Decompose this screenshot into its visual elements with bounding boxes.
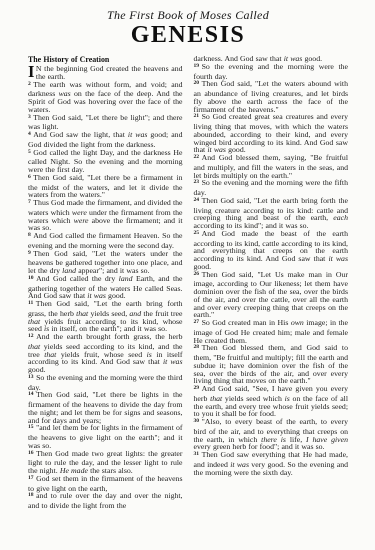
verse: 22And God blessed them, saying, "Be frui… bbox=[194, 154, 349, 179]
bible-page: The First Book of Moses Called GENESIS T… bbox=[0, 0, 375, 550]
verse-number: 20 bbox=[194, 80, 200, 86]
verse-number: 2 bbox=[28, 81, 31, 87]
verse: 11Then God said, "Let the earth bring fo… bbox=[28, 300, 183, 333]
book-series-title: The First Book of Moses Called bbox=[28, 9, 348, 22]
text-column-left: The History of CreationIN the beginning … bbox=[28, 55, 183, 510]
verse: 6Then God said, "Let there be a firmamen… bbox=[28, 174, 183, 199]
verse-number: 25 bbox=[194, 230, 200, 236]
verse-number: 30 bbox=[194, 418, 200, 424]
verse: 29And God said, "See, I have given you e… bbox=[194, 385, 349, 418]
verse: 30"Also, to every beast of the earth, to… bbox=[194, 418, 349, 451]
verse-number: 4 bbox=[28, 131, 31, 137]
verse: 8And God called the firmament Heaven. So… bbox=[28, 232, 183, 250]
book-title: GENESIS bbox=[28, 23, 348, 47]
verse-number: 18 bbox=[28, 492, 34, 498]
verse: 14Then God said, "Let there be lights in… bbox=[28, 391, 183, 424]
verse: 15"and let them be for lights in the fir… bbox=[28, 424, 183, 449]
verse-number: 3 bbox=[28, 114, 31, 120]
verse-number: 16 bbox=[28, 450, 34, 456]
verse: 18and to rule over the day and over the … bbox=[28, 492, 183, 510]
verse: 21So God created great sea creatures and… bbox=[194, 113, 349, 154]
verse-number: 22 bbox=[194, 154, 200, 160]
verse-number: 10 bbox=[28, 275, 34, 281]
verse: 31Then God saw everything that He had ma… bbox=[194, 451, 349, 476]
verse: 28Then God blessed them, and God said to… bbox=[194, 344, 349, 385]
verse: 10And God called the dry land Earth, and… bbox=[28, 275, 183, 300]
verse: 26Then God said, "Let Us make man in Our… bbox=[194, 271, 349, 320]
verse: 4And God saw the light, that it was good… bbox=[28, 131, 183, 149]
verse-number: 6 bbox=[28, 174, 31, 180]
verse-number: 15 bbox=[28, 424, 34, 430]
verse-number: 23 bbox=[194, 179, 200, 185]
verse-number: 29 bbox=[194, 385, 200, 391]
verse: 27So God created man in His own image; i… bbox=[194, 319, 349, 344]
verse: 19So the evening and the morning were th… bbox=[194, 63, 349, 81]
drop-cap: I bbox=[28, 65, 34, 78]
verse-number: 14 bbox=[28, 391, 34, 397]
verse-number: 5 bbox=[28, 149, 31, 155]
verse: 23So the evening and the morning were th… bbox=[194, 179, 349, 197]
verse-number: 27 bbox=[194, 319, 200, 325]
verse: 12And the earth brought forth grass, the… bbox=[28, 333, 183, 374]
verse-number: 12 bbox=[28, 333, 34, 339]
verse: 16Then God made two great lights: the gr… bbox=[28, 450, 183, 475]
verse: 25And God made the beast of the earth ac… bbox=[194, 230, 349, 271]
verse-number: 8 bbox=[28, 232, 31, 238]
verse-number: 13 bbox=[28, 374, 34, 380]
verse-number: 7 bbox=[28, 199, 31, 205]
verse: 13So the evening and the morning were th… bbox=[28, 374, 183, 392]
verse: 20Then God said, "Let the waters abound … bbox=[194, 80, 349, 113]
verse-number: 26 bbox=[194, 271, 200, 277]
verse-number: 11 bbox=[28, 300, 33, 306]
text-column-right: darkness. And God saw that it was good.1… bbox=[194, 55, 349, 510]
verse-number: 9 bbox=[28, 250, 31, 256]
verse: 17God set them in the firmament of the h… bbox=[28, 475, 183, 493]
verse-number: 19 bbox=[194, 63, 200, 69]
verse: 9Then God said, "Let the waters under th… bbox=[28, 250, 183, 275]
verse-number: 21 bbox=[194, 113, 200, 119]
verse: IN the beginning God created the heavens… bbox=[28, 65, 183, 81]
verse-number: 31 bbox=[194, 451, 200, 457]
verse: 5God called the light Day, and the darkn… bbox=[28, 149, 183, 174]
verse: 3Then God said, "Let there be light"; an… bbox=[28, 114, 183, 132]
verse-number: 28 bbox=[194, 344, 200, 350]
section-heading: The History of Creation bbox=[28, 55, 183, 64]
verse-number: 24 bbox=[194, 197, 200, 203]
verse: 7Thus God made the firmament, and divide… bbox=[28, 199, 183, 232]
verse: 2The earth was without form, and void; a… bbox=[28, 81, 183, 114]
verse: 24Then God said, "Let the earth bring fo… bbox=[194, 197, 349, 230]
text-columns: The History of CreationIN the beginning … bbox=[28, 55, 348, 510]
verse-number: 17 bbox=[28, 475, 34, 481]
